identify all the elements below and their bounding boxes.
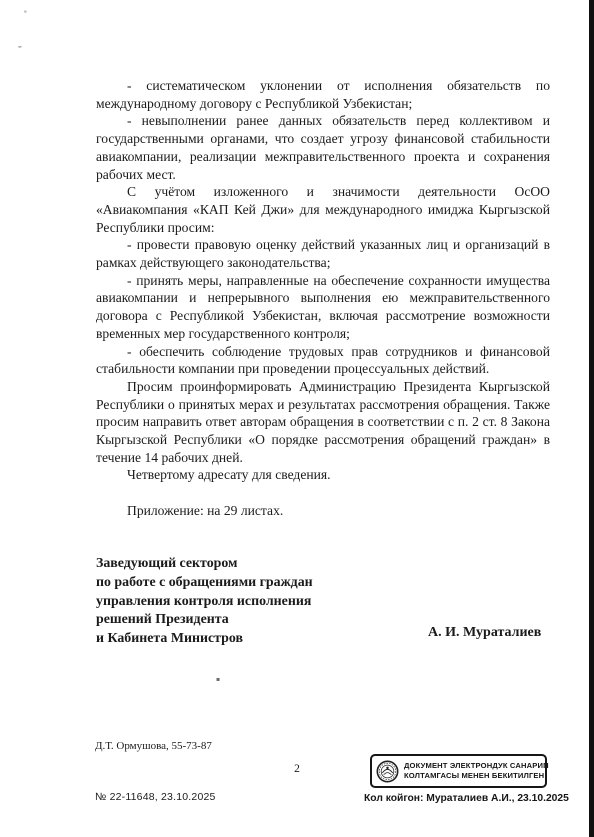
- stamp-signed-by: Кол койгон: Мураталиев А.И., 23.10.2025: [364, 793, 564, 804]
- scan-speck-icon: ᵃ: [24, 10, 27, 17]
- stamp-border-box: ДОКУМЕНТ ЭЛЕКТРОНДУК САНАРИП КОЛТАМГАСЫ …: [370, 754, 547, 788]
- signature-position-line: по работе с обращениями граждан: [96, 574, 416, 593]
- paragraph-request-legal-review: - провести правовую оценку действий указ…: [96, 236, 550, 271]
- kyrgyz-state-emblem-seal-icon: [376, 760, 399, 783]
- executor-contact: Д.Т. Ормушова, 55-73-87: [95, 740, 212, 752]
- signature-position-line: управления контроля исполнения: [96, 593, 416, 612]
- signature-position-line: решений Президента: [96, 611, 416, 630]
- paragraph-inform-administration: Просим проинформировать Администрацию Пр…: [96, 378, 550, 467]
- letter-body: - систематическом уклонении от исполнени…: [96, 77, 550, 520]
- stamp-text: ДОКУМЕНТ ЭЛЕКТРОНДУК САНАРИП КОЛТАМГАСЫ …: [404, 761, 549, 781]
- digital-signature-stamp: ДОКУМЕНТ ЭЛЕКТРОНДУК САНАРИП КОЛТАМГАСЫ …: [370, 754, 547, 804]
- stamp-text-line-1: ДОКУМЕНТ ЭЛЕКТРОНДУК САНАРИП: [404, 761, 549, 771]
- registration-number: № 22-11648, 23.10.2025: [95, 791, 216, 803]
- paragraph-appendix: Приложение: на 29 листах.: [96, 502, 550, 520]
- scanned-letter-page: ᵃ ⌁ ▪ - систематическом уклонении от исп…: [0, 0, 594, 837]
- paragraph-nonfulfillment: - невыполнении ранее данных обязательств…: [96, 112, 550, 183]
- paragraph-request-measures: - принять меры, направленные на обеспече…: [96, 272, 550, 343]
- scan-speck-icon: ▪: [216, 676, 220, 683]
- stamp-text-line-2: КОЛТАМГАСЫ МЕНЕН БЕКИТИЛГЕН: [404, 771, 549, 781]
- paragraph-request-labor-rights: - обеспечить соблюдение трудовых прав со…: [96, 343, 550, 378]
- paragraph-considering: С учётом изложенного и значимости деятел…: [96, 183, 550, 236]
- paragraph-fourth-addressee: Четвертому адресату для сведения.: [96, 466, 550, 484]
- signature-position-line: Заведующий сектором: [96, 555, 416, 574]
- scan-speck-icon: ⌁: [17, 44, 23, 52]
- signatory-name: А. И. Мураталиев: [428, 625, 541, 641]
- scan-edge-line: [589, 0, 594, 837]
- signature-position-block: Заведующий сектором по работе с обращени…: [96, 555, 416, 649]
- paragraph-obligation-evasion: - систематическом уклонении от исполнени…: [96, 77, 550, 112]
- signature-position-line: и Кабинета Министров: [96, 630, 416, 649]
